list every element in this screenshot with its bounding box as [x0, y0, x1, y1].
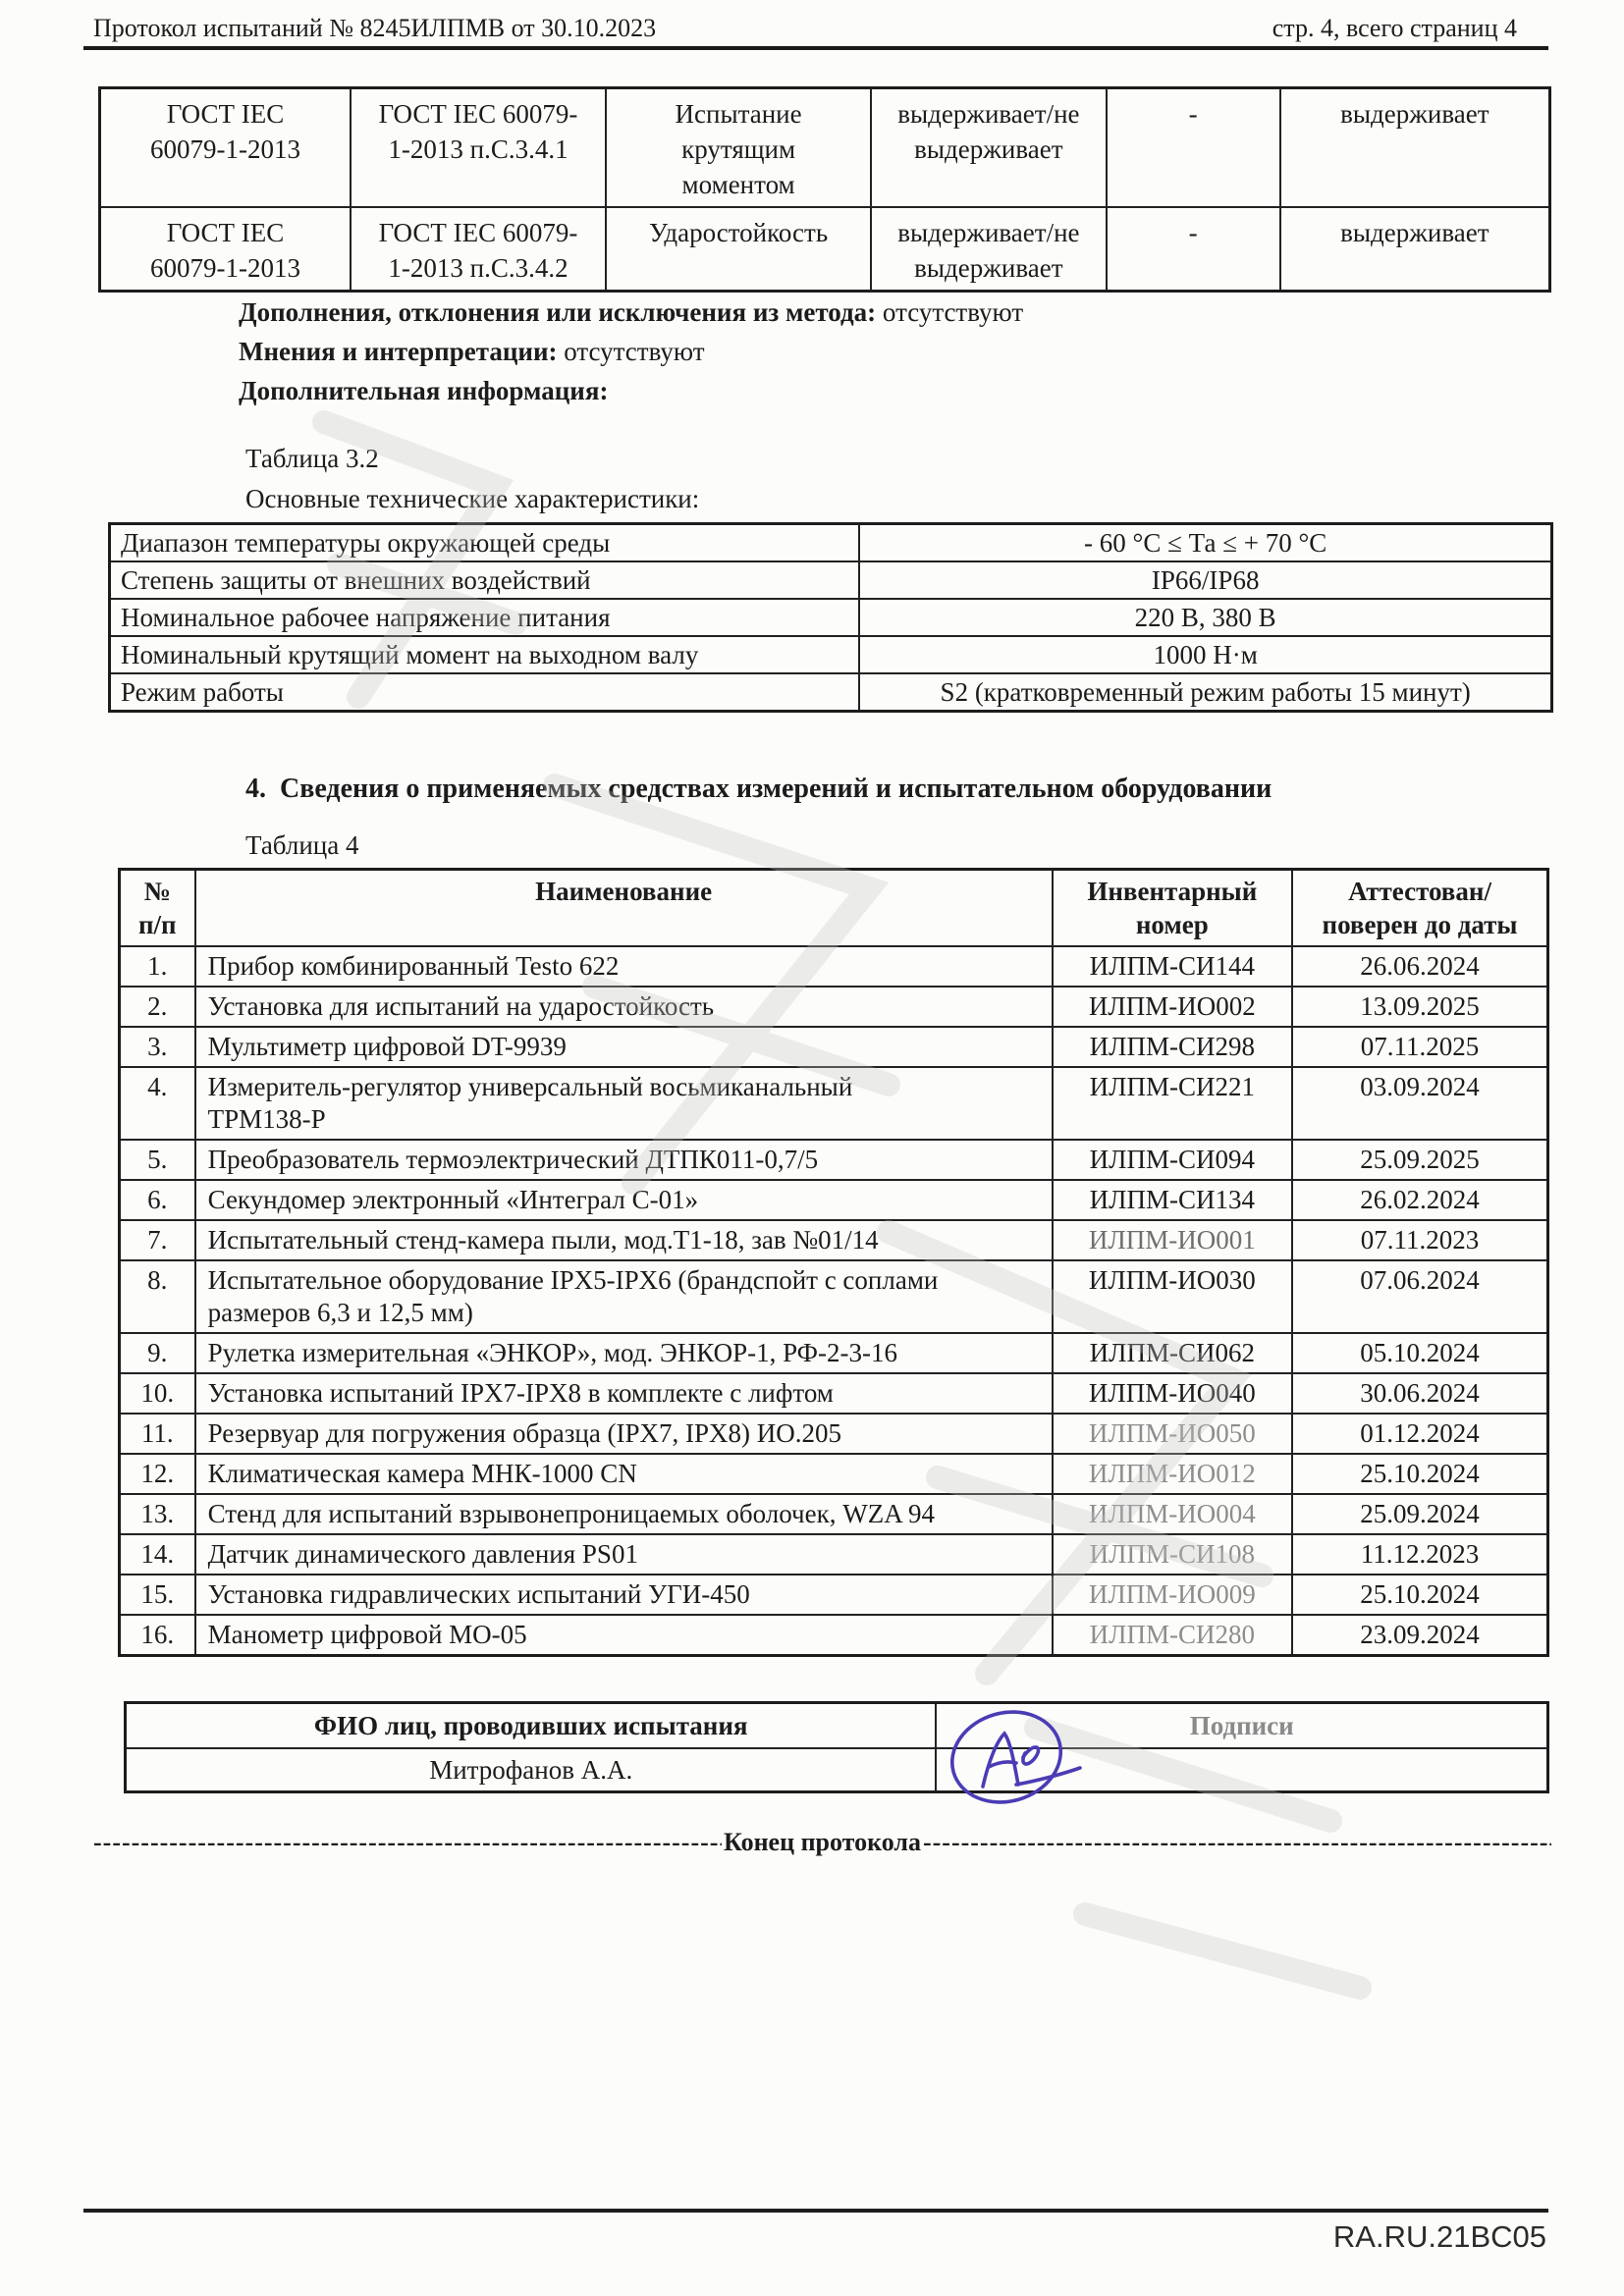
equipment-inventory-number: ИЛПМ-СИ108: [1053, 1534, 1292, 1575]
equipment-name: Прибор комбинированный Testo 622: [195, 946, 1053, 987]
header-page-count: стр. 4, всего страниц 4: [1272, 14, 1517, 43]
characteristic-value: IP66/IP68: [859, 561, 1551, 599]
equipment-row: 14. Датчик динамического давления PS01 И…: [120, 1534, 1548, 1575]
section-4-heading: 4. Сведения о применяемых средствах изме…: [245, 774, 1561, 805]
equipment-name: Установка гидравлических испытаний УГИ-4…: [195, 1575, 1053, 1615]
equipment-inventory-number: ИЛПМ-ИО050: [1053, 1414, 1292, 1454]
signatories-people-header: ФИО лиц, проводивших испытания: [126, 1703, 937, 1749]
equipment-row: 1. Прибор комбинированный Testo 622 ИЛПМ…: [120, 946, 1548, 987]
note-additions-label: Дополнения, отклонения или исключения из…: [239, 297, 876, 327]
equipment-num: 4.: [120, 1067, 195, 1140]
note-opinions: Мнения и интерпретации: отсутствуют: [239, 332, 1417, 371]
footer-accreditation-code: RA.RU.21BC05: [1114, 2219, 1546, 2255]
col-header-inventory: Инвентарный номер: [1053, 870, 1292, 947]
equipment-inventory-number: ИЛПМ-СИ094: [1053, 1140, 1292, 1180]
equipment-inventory-number: ИЛПМ-СИ280: [1053, 1615, 1292, 1656]
equipment-inventory-number: ИЛПМ-СИ144: [1053, 946, 1292, 987]
end-dashes-right: ----------------------------------------…: [923, 1828, 1551, 1857]
cell-requirement: выдерживает/не выдерживает: [871, 207, 1106, 292]
note-opinions-label: Мнения и интерпретации:: [239, 337, 558, 366]
col-header-attested: Аттестован/ поверен до даты: [1292, 870, 1547, 947]
equipment-row: 3. Мультиметр цифровой DT-9939 ИЛПМ-СИ29…: [120, 1027, 1548, 1067]
equipment-row: 13. Стенд для испытаний взрывонепроницае…: [120, 1494, 1548, 1534]
note-additions-value: отсутствуют: [876, 297, 1023, 327]
cell-method: ГОСТ IEC 60079- 1-2013 п.С.3.4.2: [351, 207, 606, 292]
cell-test: Ударостойкость: [606, 207, 871, 292]
equipment-attested-date: 25.10.2024: [1292, 1454, 1547, 1494]
equipment-num: 5.: [120, 1140, 195, 1180]
equipment-attested-date: 26.06.2024: [1292, 946, 1547, 987]
equipment-inventory-number: ИЛПМ-ИО002: [1053, 987, 1292, 1027]
cell-requirement: выдерживает/не выдерживает: [871, 88, 1106, 208]
signatory-name: Митрофанов А.А.: [126, 1748, 937, 1792]
equipment-num: 9.: [120, 1333, 195, 1373]
equipment-row: 7. Испытательный стенд-камера пыли, мод.…: [120, 1220, 1548, 1260]
equipment-inventory-number: ИЛПМ-ИО009: [1053, 1575, 1292, 1615]
characteristic-row: Диапазон температуры окружающей среды - …: [110, 524, 1552, 562]
equipment-name: Резервуар для погружения образца (IPX7, …: [195, 1414, 1053, 1454]
cell-standard: ГОСТ IEC 60079-1-2013: [100, 207, 352, 292]
equipment-name: Измеритель-регулятор универсальный восьм…: [195, 1067, 1053, 1140]
signatory-row: Митрофанов А.А.: [126, 1748, 1548, 1792]
equipment-name: Установка испытаний IPX7-IPX8 в комплект…: [195, 1373, 1053, 1414]
handwritten-signature: [928, 1700, 1105, 1818]
equipment-num: 12.: [120, 1454, 195, 1494]
equipment-attested-date: 07.11.2023: [1292, 1220, 1547, 1260]
equipment-attested-date: 30.06.2024: [1292, 1373, 1547, 1414]
result-row: ГОСТ IEC 60079-1-2013 ГОСТ IEC 60079- 1-…: [100, 207, 1550, 292]
cell-value: -: [1107, 88, 1280, 208]
characteristic-name: Номинальный крутящий момент на выходном …: [110, 636, 860, 673]
equipment-inventory-number: ИЛПМ-ИО001: [1053, 1220, 1292, 1260]
equipment-name: Установка для испытаний на ударостойкост…: [195, 987, 1053, 1027]
cell-test: Испытание крутящим моментом: [606, 88, 871, 208]
equipment-table-header: № п/п Наименование Инвентарный номер Атт…: [120, 870, 1548, 947]
characteristic-value: - 60 °C ≤ Та ≤ + 70 °C: [859, 524, 1551, 562]
characteristic-row: Номинальный крутящий момент на выходном …: [110, 636, 1552, 673]
equipment-num: 3.: [120, 1027, 195, 1067]
equipment-name: Испытательный стенд-камера пыли, мод.Т1-…: [195, 1220, 1053, 1260]
equipment-name: Манометр цифровой МО-05: [195, 1615, 1053, 1656]
equipment-attested-date: 23.09.2024: [1292, 1615, 1547, 1656]
equipment-inventory-number: ИЛПМ-ИО012: [1053, 1454, 1292, 1494]
equipment-inventory-number: ИЛПМ-ИО040: [1053, 1373, 1292, 1414]
equipment-attested-date: 05.10.2024: [1292, 1333, 1547, 1373]
equipment-num: 8.: [120, 1260, 195, 1333]
equipment-name: Секундомер электронный «Интеграл С-01»: [195, 1180, 1053, 1220]
equipment-num: 10.: [120, 1373, 195, 1414]
equipment-row: 11. Резервуар для погружения образца (IP…: [120, 1414, 1548, 1454]
equipment-attested-date: 03.09.2024: [1292, 1067, 1547, 1140]
end-dashes-left: ----------------------------------------…: [93, 1828, 722, 1857]
note-extra-label: Дополнительная информация:: [239, 376, 608, 405]
equipment-num: 14.: [120, 1534, 195, 1575]
signatories-table: ФИО лиц, проводивших испытания Подписи М…: [124, 1701, 1549, 1793]
footer-rule: [83, 2209, 1548, 2213]
end-of-protocol-line: ----------------------------------------…: [93, 1828, 1551, 1857]
equipment-name: Мультиметр цифровой DT-9939: [195, 1027, 1053, 1067]
equipment-num: 7.: [120, 1220, 195, 1260]
equipment-attested-date: 11.12.2023: [1292, 1534, 1547, 1575]
table-4-caption: Таблица 4: [245, 830, 358, 861]
equipment-attested-date: 01.12.2024: [1292, 1414, 1547, 1454]
equipment-num: 11.: [120, 1414, 195, 1454]
equipment-name: Климатическая камера МНК-1000 CN: [195, 1454, 1053, 1494]
equipment-num: 16.: [120, 1615, 195, 1656]
result-row: ГОСТ IEC 60079-1-2013 ГОСТ IEC 60079- 1-…: [100, 88, 1550, 208]
equipment-attested-date: 13.09.2025: [1292, 987, 1547, 1027]
test-results-table: ГОСТ IEC 60079-1-2013 ГОСТ IEC 60079- 1-…: [98, 86, 1551, 293]
equipment-num: 6.: [120, 1180, 195, 1220]
equipment-row: 8. Испытательное оборудование IPX5-IPX6 …: [120, 1260, 1548, 1333]
equipment-name: Преобразователь термоэлектрический ДТПК0…: [195, 1140, 1053, 1180]
equipment-name: Стенд для испытаний взрывонепроницаемых …: [195, 1494, 1053, 1534]
characteristic-value: 220 В, 380 В: [859, 599, 1551, 636]
table-3-2-caption: Таблица 3.2: [245, 444, 379, 474]
equipment-inventory-number: ИЛПМ-СИ298: [1053, 1027, 1292, 1067]
end-of-protocol-label: Конец протокола: [722, 1828, 923, 1857]
equipment-name: Испытательное оборудование IPX5-IPX6 (бр…: [195, 1260, 1053, 1333]
equipment-table: № п/п Наименование Инвентарный номер Атт…: [118, 868, 1549, 1657]
characteristic-name: Режим работы: [110, 673, 860, 712]
equipment-row: 15. Установка гидравлических испытаний У…: [120, 1575, 1548, 1615]
header-rule: [83, 46, 1548, 50]
col-header-name: Наименование: [195, 870, 1053, 947]
equipment-attested-date: 25.09.2025: [1292, 1140, 1547, 1180]
equipment-row: 10. Установка испытаний IPX7-IPX8 в комп…: [120, 1373, 1548, 1414]
characteristic-row: Степень защиты от внешних воздействий IP…: [110, 561, 1552, 599]
note-opinions-value: отсутствуют: [558, 337, 705, 366]
equipment-inventory-number: ИЛПМ-СИ062: [1053, 1333, 1292, 1373]
characteristic-row: Режим работы S2 (кратковременный режим р…: [110, 673, 1552, 712]
col-header-num: № п/п: [120, 870, 195, 947]
characteristic-name: Степень защиты от внешних воздействий: [110, 561, 860, 599]
equipment-inventory-number: ИЛПМ-ИО004: [1053, 1494, 1292, 1534]
equipment-num: 2.: [120, 987, 195, 1027]
equipment-row: 16. Манометр цифровой МО-05 ИЛПМ-СИ280 2…: [120, 1615, 1548, 1656]
equipment-num: 1.: [120, 946, 195, 987]
equipment-inventory-number: ИЛПМ-СИ221: [1053, 1067, 1292, 1140]
notes-block: Дополнения, отклонения или исключения из…: [239, 293, 1417, 410]
cell-result: выдерживает: [1280, 88, 1550, 208]
equipment-attested-date: 25.09.2024: [1292, 1494, 1547, 1534]
characteristic-value: 1000 Н·м: [859, 636, 1551, 673]
cell-standard: ГОСТ IEC 60079-1-2013: [100, 88, 352, 208]
equipment-row: 5. Преобразователь термоэлектрический ДТ…: [120, 1140, 1548, 1180]
equipment-attested-date: 26.02.2024: [1292, 1180, 1547, 1220]
scanned-protocol-page: Протокол испытаний № 8245ИЛПМВ от 30.10.…: [0, 0, 1624, 2296]
page-header: Протокол испытаний № 8245ИЛПМВ от 30.10.…: [93, 14, 1517, 43]
equipment-row: 4. Измеритель-регулятор универсальный во…: [120, 1067, 1548, 1140]
equipment-attested-date: 07.11.2025: [1292, 1027, 1547, 1067]
signatories-header-row: ФИО лиц, проводивших испытания Подписи: [126, 1703, 1548, 1749]
cell-method: ГОСТ IEC 60079- 1-2013 п.С.3.4.1: [351, 88, 606, 208]
characteristic-value: S2 (кратковременный режим работы 15 мину…: [859, 673, 1551, 712]
equipment-row: 2. Установка для испытаний на ударостойк…: [120, 987, 1548, 1027]
equipment-row: 9. Рулетка измерительная «ЭНКОР», мод. Э…: [120, 1333, 1548, 1373]
equipment-name: Датчик динамического давления PS01: [195, 1534, 1053, 1575]
equipment-inventory-number: ИЛПМ-ИО030: [1053, 1260, 1292, 1333]
cell-value: -: [1107, 207, 1280, 292]
equipment-attested-date: 25.10.2024: [1292, 1575, 1547, 1615]
characteristic-row: Номинальное рабочее напряжение питания 2…: [110, 599, 1552, 636]
note-extra: Дополнительная информация:: [239, 371, 1417, 410]
equipment-attested-date: 07.06.2024: [1292, 1260, 1547, 1333]
equipment-row: 12. Климатическая камера МНК-1000 CN ИЛП…: [120, 1454, 1548, 1494]
equipment-inventory-number: ИЛПМ-СИ134: [1053, 1180, 1292, 1220]
cell-result: выдерживает: [1280, 207, 1550, 292]
table-3-2-title: Основные технические характеристики:: [245, 484, 699, 514]
equipment-name: Рулетка измерительная «ЭНКОР», мод. ЭНКО…: [195, 1333, 1053, 1373]
header-protocol-number: Протокол испытаний № 8245ИЛПМВ от 30.10.…: [93, 14, 656, 43]
technical-characteristics-table: Диапазон температуры окружающей среды - …: [108, 522, 1553, 713]
equipment-num: 13.: [120, 1494, 195, 1534]
characteristic-name: Номинальное рабочее напряжение питания: [110, 599, 860, 636]
equipment-row: 6. Секундомер электронный «Интеграл С-01…: [120, 1180, 1548, 1220]
note-additions: Дополнения, отклонения или исключения из…: [239, 293, 1417, 332]
characteristic-name: Диапазон температуры окружающей среды: [110, 524, 860, 562]
equipment-num: 15.: [120, 1575, 195, 1615]
